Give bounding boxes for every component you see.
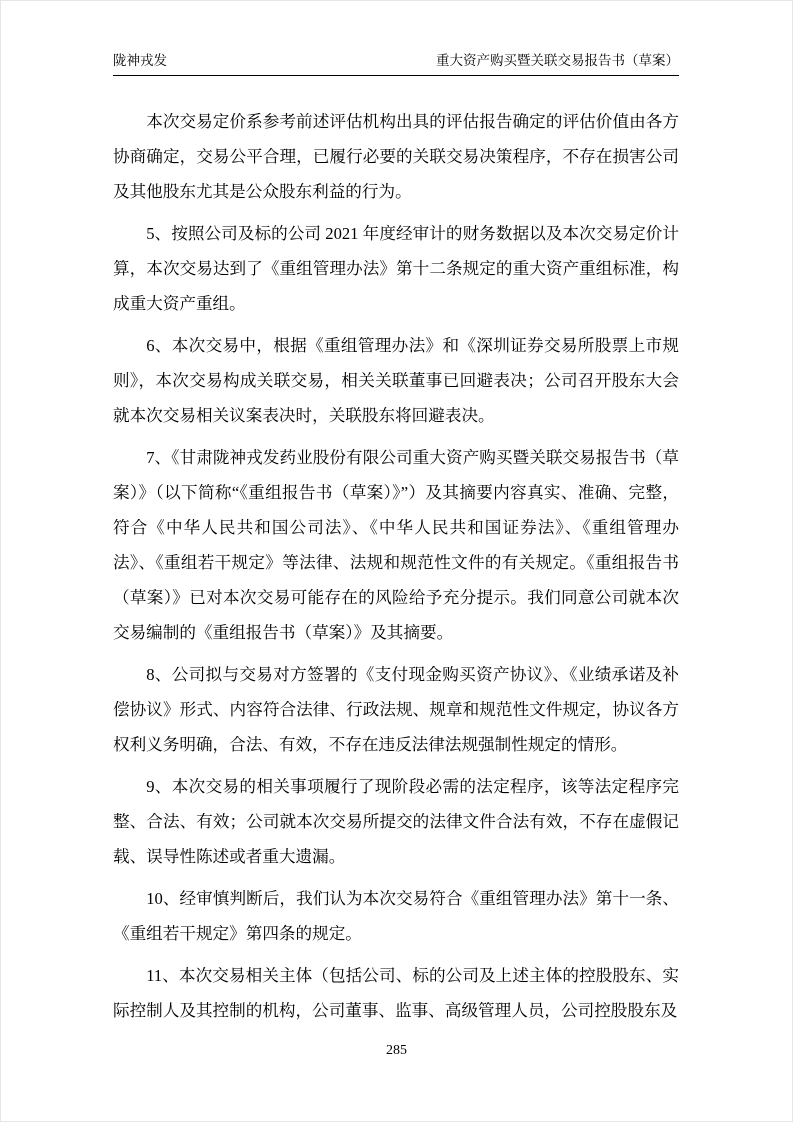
- paragraph: 9、本次交易的相关事项履行了现阶段必需的法定程序，该等法定程序完整、合法、有效；…: [113, 769, 679, 874]
- paragraph: 7、《甘肃陇神戎发药业股份有限公司重大资产购买暨关联交易报告书（草案）》（以下简…: [113, 440, 679, 650]
- document-page: 陇神戎发 重大资产购买暨关联交易报告书（草案） 本次交易定价系参考前述评估机构出…: [0, 0, 793, 1122]
- paragraph: 6、本次交易中，根据《重组管理办法》和《深圳证券交易所股票上市规则》，本次交易构…: [113, 328, 679, 433]
- page-footer: 285: [1, 1043, 792, 1059]
- page-number: 285: [386, 1043, 407, 1058]
- header-document-title: 重大资产购买暨关联交易报告书（草案）: [436, 53, 679, 69]
- paragraph: 8、公司拟与交易对方签署的《支付现金购买资产协议》、《业绩承诺及补偿协议》形式、…: [113, 657, 679, 762]
- paragraph: 11、本次交易相关主体（包括公司、标的公司及上述主体的控股股东、实际控制人及其控…: [113, 958, 679, 1028]
- paragraph: 10、经审慎判断后，我们认为本次交易符合《重组管理办法》第十一条、《重组若干规定…: [113, 881, 679, 951]
- page-header: 陇神戎发 重大资产购买暨关联交易报告书（草案）: [113, 53, 679, 76]
- header-company-name: 陇神戎发: [113, 53, 167, 69]
- document-body: 本次交易定价系参考前述评估机构出具的评估报告确定的评估价值由各方协商确定，交易公…: [113, 104, 679, 1035]
- paragraph: 5、按照公司及标的公司 2021 年度经审计的财务数据以及本次交易定价计算，本次…: [113, 216, 679, 321]
- paragraph: 本次交易定价系参考前述评估机构出具的评估报告确定的评估价值由各方协商确定，交易公…: [113, 104, 679, 209]
